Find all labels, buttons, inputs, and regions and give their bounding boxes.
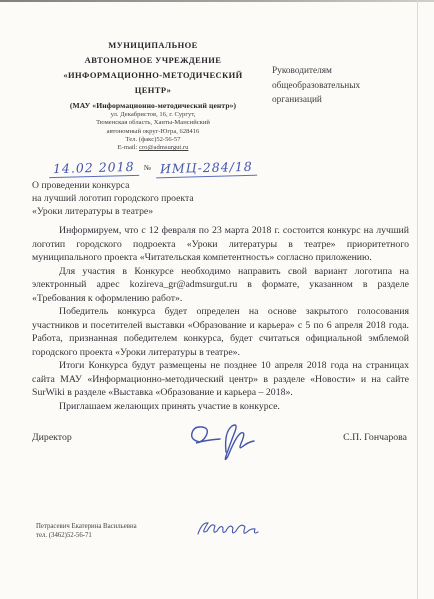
number-sign: № <box>144 163 151 172</box>
address-line: автономный округ-Югра, 628416 <box>30 128 276 136</box>
email-line: E-mail: cro@admsurgut.ru <box>30 144 276 153</box>
email-address: cro@admsurgut.ru <box>139 144 188 151</box>
addressee-line: Руководителям <box>272 64 422 79</box>
subject-block: О проведении конкурса на лучший логотип … <box>32 179 292 219</box>
ref-line: 14.02 2018 № ИМЦ-284/18 <box>30 160 276 177</box>
org-name-line: «ИНФОРМАЦИОННО-МЕТОДИЧЕСКИЙ <box>30 68 276 83</box>
org-name-line: АВТОНОМНОЕ УЧРЕЖДЕНИЕ <box>30 53 276 68</box>
phone-line: Тел. (факс)52-56-57 <box>30 136 276 144</box>
scanned-letter-page: МУНИЦИПАЛЬНОЕ АВТОНОМНОЕ УЧРЕЖДЕНИЕ «ИНФ… <box>0 0 434 599</box>
executor-block: Петрасевич Екатерина Васильевна тел. (34… <box>36 522 296 540</box>
body-paragraph: Победитель конкурса будет определен на о… <box>32 305 409 359</box>
executor-handwritten-mark-icon <box>194 518 264 542</box>
body-paragraph: Итоги Конкурса будут размещены не поздне… <box>32 359 409 400</box>
body-paragraph: Информируем, что с 12 февраля по 23 март… <box>32 224 409 265</box>
subject-line: «Уроки литературы в театре» <box>32 205 292 218</box>
subject-line: О проведении конкурса <box>32 179 292 192</box>
handwritten-ref-number: ИМЦ-284/18 <box>156 158 257 178</box>
letter-body: Информируем, что с 12 февраля по 23 март… <box>32 224 409 413</box>
addressee-block: Руководителям общеобразовательных органи… <box>272 64 422 108</box>
org-name-line: ЦЕНТР» <box>30 83 276 98</box>
handwritten-date: 14.02 2018 <box>49 159 139 178</box>
addressee-line: общеобразовательных <box>272 79 422 94</box>
org-name-line: МУНИЦИПАЛЬНОЕ <box>30 38 276 53</box>
signer-name: С.П. Гончарова <box>343 432 407 443</box>
addressee-line: организаций <box>272 93 422 108</box>
subject-line: на лучший логотип городского проекта <box>32 192 292 205</box>
org-short-name: (МАУ «Информационно-методический центр») <box>30 101 276 111</box>
letterhead: МУНИЦИПАЛЬНОЕ АВТОНОМНОЕ УЧРЕЖДЕНИЕ «ИНФ… <box>30 38 276 177</box>
body-paragraph: Приглашаем желающих принять участие в ко… <box>32 400 409 414</box>
body-paragraph: Для участия в Конкурсе необходимо направ… <box>32 265 409 306</box>
address-line: Тюменская область, Ханты-Мансийский <box>30 119 276 127</box>
address-line: ул. Декабристов, 16, г. Сургут, <box>30 111 276 119</box>
director-signature-icon <box>182 418 272 462</box>
signer-title: Директор <box>32 432 72 443</box>
signature-row: Директор С.П. Гончарова <box>32 424 409 464</box>
scan-top-edge-line <box>0 0 434 2</box>
email-label: E-mail: <box>118 144 138 151</box>
